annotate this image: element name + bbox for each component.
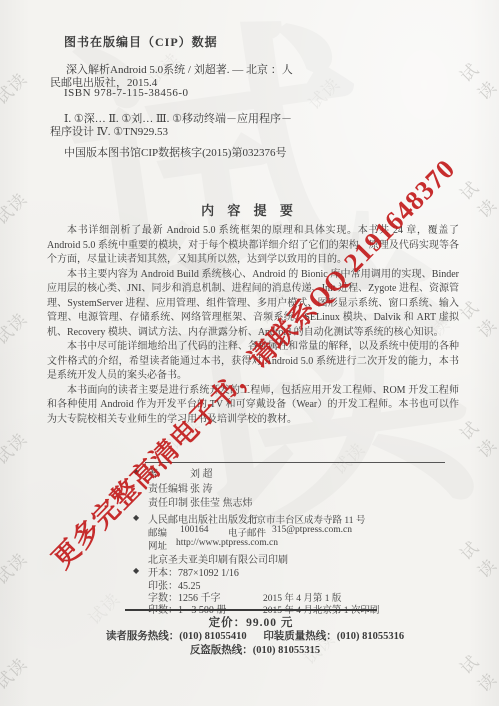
cip-isbn-line: ISBN 978-7-115-38456-0 [64,87,189,99]
editor-label: 责任编辑 [148,480,188,495]
abstract-paragraph: 本书中尽可能详细地给出了代码的注释、各种属性和常量的解释，以及系统中使用的各种文… [47,340,459,384]
price-divider [125,609,377,611]
trial-watermark-tile: 试读 [0,426,32,469]
diamond-bullet-icon: ◆ [133,513,139,522]
cip-registry-line: 中国版本图书馆CIP数据核字(2015)第032376号 [64,144,286,160]
cip-classification-line-2: 程序设计 Ⅳ. ①TN929.53 [50,123,168,139]
print-supervisor-names: 张佳莹 焦志炜 [190,494,253,509]
abstract-title: 内 容 提 要 [0,200,499,219]
print-supervisor-label: 责任印制 [148,494,188,509]
website-label: 网址 [148,538,167,552]
publisher-address: 北京市丰台区成寿寺路 11 号 [247,512,365,526]
postcode-label: 邮编 [148,525,167,539]
trial-watermark-tile: 试读 [0,66,32,109]
trial-watermark-tile: 试读 [0,651,32,694]
abstract-paragraph: 本书面向的读者主要是进行系统开发的工程师，包括应用开发工程师、ROM 开发工程师… [47,384,459,428]
anti-piracy-hotline: 反盗版热线：(010) 81055315 [55,642,455,657]
trial-watermark-tile: 试读 [453,524,499,583]
abstract-paragraph: 本书主要内容为 Android Build 系统核心、Android 的 Bio… [47,268,459,341]
trial-watermark-tile: 试读 [453,404,499,463]
editor-name: 张 涛 [190,480,213,495]
hotline-row: 读者服务热线：(010) 81055410 印装质量热线：(010) 81055… [55,628,455,643]
trial-watermark-tile: 试读 [453,46,499,105]
cip-header: 图书在版编目（CIP）数据 [64,33,218,50]
trial-watermark-tile: 试读 [301,71,344,114]
postcode-value: 100164 [180,525,209,535]
abstract-body: 本书详细剖析了最新 Android 5.0 系统框架的原理和具体实现。本书共 2… [47,224,459,427]
trial-watermark-tile: 试读 [326,436,369,479]
scanned-copyright-page: { "icons": { "diamond_bullet": "◆" }, "w… [0,0,499,706]
author-name: 刘 超 [190,465,213,480]
trial-watermark-tile: 试读 [81,586,124,629]
reader-hotline: 读者服务热线：(010) 81055410 [106,631,247,642]
email-value: 315@ptpress.com.cn [272,525,352,535]
website-value: http://www.ptpress.com.cn [176,538,278,548]
trial-watermark-tile: 试读 [453,284,499,343]
abstract-paragraph: 本书详细剖析了最新 Android 5.0 系统框架的原理和具体实现。本书共 2… [47,224,459,268]
trial-watermark-tile: 试读 [0,306,32,349]
publisher-name: 人民邮电出版社出版发行 [148,511,258,526]
email-label: 电子邮件 [228,525,266,539]
quality-hotline: 印装质量热线：(010) 81055316 [263,631,404,642]
diamond-bullet-icon: ◆ [133,467,139,476]
trial-watermark-tile: 试读 [0,546,32,589]
colophon-divider [145,462,445,463]
author-label: 著 [148,465,158,480]
trial-watermark-tile: 试读 [453,638,499,697]
diamond-bullet-icon: ◆ [133,566,139,575]
